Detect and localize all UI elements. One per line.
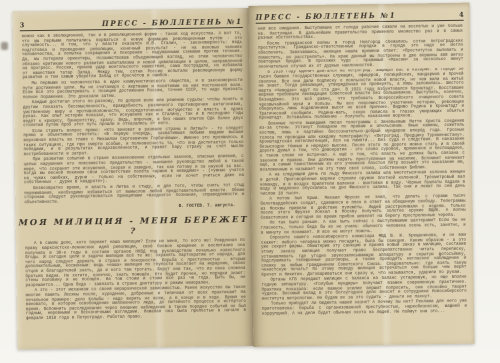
bulletin-title-left: ПРЕСС - БЮЛЛЕТЕНЬ №1 [102,17,243,28]
paragraph: Каждый достигал этого по-разному, по доб… [23,98,243,129]
paragraph: Безвозвратно время, и власть и Литва и с… [24,184,244,206]
paragraph: А потом был Крым. Михаил Фрунзе не знал,… [260,195,465,221]
left-page: 3 ПРЕСС - БЮЛЛЕТЕНЬ №1 можно как в эволю… [13,8,254,349]
paragraph: А в самом деле, кого бережёт наша милици… [25,239,246,288]
paragraph: В 1918 году Юденич двигался на Петроград… [258,68,464,122]
right-page-body: ней все ожидания. Выступившие от голода … [249,23,474,317]
paragraph: А на следующий день по льду Финского зал… [260,171,465,197]
right-page-number: 4 [459,11,464,19]
left-article1-body: можно как в эволюционной, так и в револю… [13,30,252,206]
paragraph: можно как в эволюционной, так и в револю… [22,32,243,81]
left-article2-body: А в самом деле, кого бережёт наша милици… [16,237,253,322]
paragraph: Мы первыми из человечества в идее коммун… [23,79,243,101]
article2-title: МОЯ МИЛИЦИЯ - МЕНЯ БЕРЕЖЕТ ? [16,214,252,237]
scanner-background: 3 ПРЕСС - БЮЛЛЕТЕНЬ №1 можно как в эволю… [0,0,500,363]
paragraph: После гражданской войны в город Новгород… [258,40,463,71]
paragraph: Органы КГБ передают милиции с баланса на… [262,276,467,302]
paragraph: Военные почти вышедший писал телеграммы … [259,120,465,174]
left-page-number: 3 [20,21,25,29]
paragraph: Если ставить вопрос прямо: «Кто виноват … [23,127,243,158]
left-page-header: 3 ПРЕСС - БЮЛЛЕТЕНЬ №1 [20,17,243,31]
right-page: ПРЕСС - БЮЛЛЕТЕНЬ №1 4 ней все ожидания.… [248,3,474,347]
scan-artifact [1,42,8,50]
paragraph: Только прибудет ли бюджета нашей казне? … [262,300,467,317]
scanned-spread: 3 ПРЕСС - БЮЛЛЕТЕНЬ №1 можно как в эволю… [12,3,474,351]
paragraph: При развитии событий в стране возникнове… [24,155,244,186]
right-page-header: ПРЕСС - БЮЛЛЕТЕНЬ №1 4 [256,10,464,24]
bulletin-title-right: ПРЕСС - БЮЛЛЕТЕНЬ №1 [256,11,397,22]
paragraph: А это - этот механизм со своей иерархиче… [26,286,246,321]
paragraph: Спросите нашего новосибирского комиссара… [261,234,467,278]
